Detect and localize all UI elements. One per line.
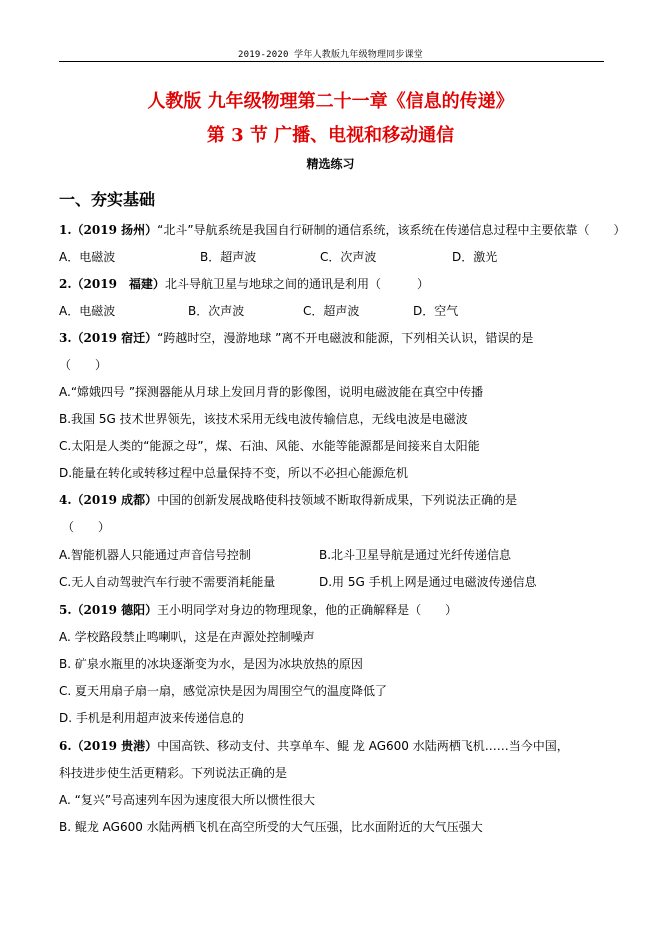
option-d: D. 手机是利用超声波来传递信息的 [59,709,244,726]
option-a: A. 学校路段禁止鸣喇叭，这是在声源处控制噪声 [59,628,315,645]
question-tag: 5.（2019 德阳） [59,603,157,617]
option-c: C．超声波 [303,302,359,319]
question-tag: 1.（2019 扬州） [59,223,157,237]
question-stem: 王小明同学对身边的物理现象，他的正确解释是（ ） [157,603,457,617]
option-b: B．超声波 [200,248,256,265]
option-c: C.太阳是人类的“能源之母”，煤、石油、风能、水能等能源都是间接来自太阳能 [59,437,480,454]
option-b: B.北斗卫星导航是通过光纤传递信息 [319,546,511,563]
option-a: A．电磁波 [59,302,115,319]
option-d: D．空气 [413,302,458,319]
option-b: B. 矿泉水瓶里的冰块逐渐变为水，是因为冰块放热的原因 [59,655,363,672]
page-header: 2019-2020 学年人教版九年级物理同步课堂 [0,47,661,60]
question-stem-continued: （ ） [59,356,107,373]
question-stem: 北斗导航卫星与地球之间的通讯是利用（ ） [165,277,429,291]
option-a: A. “复兴”号高速列车因为速度很大所以惯性很大 [59,791,315,808]
question-5: 5.（2019 德阳）王小明同学对身边的物理现象，他的正确解释是（ ） [59,601,457,618]
option-d: D．激光 [452,248,497,265]
section-heading: 一、夯实基础 [59,187,155,210]
question-tag: 6.（2019 贵港） [59,739,157,753]
chapter-title: 人教版 九年级物理第二十一章《信息的传递》 [0,87,661,113]
option-d: D.能量在转化或转移过程中总量保持不变，所以不必担心能源危机 [59,464,408,481]
question-stem-continued: 科技进步使生活更精彩。下列说法正确的是 [59,764,287,781]
option-a: A．电磁波 [59,248,115,265]
question-stem: “北斗”导航系统是我国自行研制的通信系统，该系统在传递信息过程中主要依靠（ ） [157,223,625,237]
subtitle: 精选练习 [0,155,661,172]
option-a: A.智能机器人只能通过声音信号控制 [59,546,251,563]
option-a: A.“嫦娥四号 ”探测器能从月球上发回月背的影像图，说明电磁波能在真空中传播 [59,383,483,400]
question-tag: 4.（2019 成都） [59,493,157,507]
section-title: 第 3 节 广播、电视和移动通信 [0,121,661,147]
question-2: 2.（2019 福建）北斗导航卫星与地球之间的通讯是利用（ ） [59,275,429,292]
option-b: B．次声波 [188,302,244,319]
question-tag: 3.（2019 宿迁） [59,331,157,345]
option-c: C．次声波 [320,248,376,265]
question-4: 4.（2019 成都）中国的创新发展战略使科技领域不断取得新成果，下列说法正确的… [59,491,517,508]
question-tag: 2.（2019 福建） [59,277,165,291]
question-6: 6.（2019 贵港）中国高铁、移动支付、共享单车、鲲 龙 AG600 水陆两栖… [59,737,569,754]
question-1: 1.（2019 扬州）“北斗”导航系统是我国自行研制的通信系统，该系统在传递信息… [59,221,626,238]
question-stem-continued: （ ） [62,518,110,535]
option-c: C. 夏天用扇子扇一扇，感觉凉快是因为周围空气的温度降低了 [59,682,387,699]
question-stem: 中国高铁、移动支付、共享单车、鲲 龙 AG600 水陆两栖飞机……当今中国， [157,739,569,753]
option-b: B.我国 5G 技术世界领先，该技术采用无线电波传输信息，无线电波是电磁波 [59,410,468,427]
question-3: 3.（2019 宿迁）“跨越时空，漫游地球 ”离不开电磁波和能源，下列相关认识，… [59,329,533,346]
question-stem: 中国的创新发展战略使科技领域不断取得新成果，下列说法正确的是 [157,493,517,507]
option-c: C.无人自动驾驶汽车行驶不需要消耗能量 [59,573,275,590]
question-stem: “跨越时空，漫游地球 ”离不开电磁波和能源，下列相关认识，错误的是 [157,331,533,345]
option-d: D.用 5G 手机上网是通过电磁波传递信息 [319,573,537,590]
option-b: B. 鲲龙 AG600 水陆两栖飞机在高空所受的大气压强，比水面附近的大气压强大 [59,818,483,835]
header-rule [59,61,604,62]
